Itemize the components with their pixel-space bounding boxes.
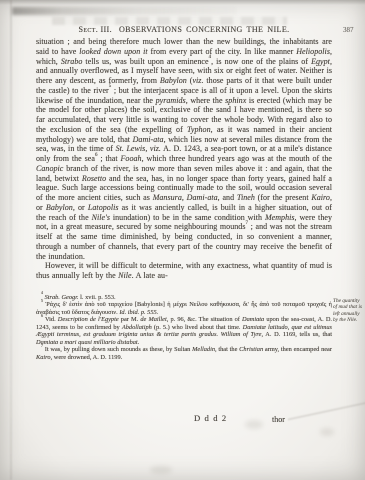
footnote-7: 7 It was, by pulling down such mounds as… (36, 346, 332, 361)
catchword: thor (272, 415, 285, 424)
body-paragraph-2: However, it will be difficult to determi… (36, 261, 332, 281)
paper-scratch (288, 398, 365, 424)
signature-mark: D d d 2 (194, 413, 227, 423)
page-number: 387 (343, 26, 354, 34)
running-header: Sect. III. OBSERVATIONS CONCERNING THE N… (36, 25, 332, 34)
paper-stain (245, 420, 263, 429)
footnotes-block: 4 Strab. Geogr. l. xvii. p. 553. 5 Ῥάχις… (36, 294, 332, 362)
paper-stain (320, 428, 334, 436)
body-paragraph-1: situation ; and being therefore much low… (36, 37, 332, 261)
footnote-6: 6 Vid. Description de l'Egypte par M. de… (36, 316, 332, 346)
paper-stain (150, 466, 172, 474)
footnote-5-greek: 5 Ῥάχις δ' ἐστὶν ἀπὸ τοῦ ταριχείου [Baby… (36, 301, 332, 316)
scanned-page: 387 Sect. III. OBSERVATIONS CONCERNING T… (0, 0, 365, 480)
text-block: Sect. III. OBSERVATIONS CONCERNING THE N… (36, 25, 332, 361)
show-through-ghost-text (52, 17, 287, 25)
section-label: Sect. III. (78, 25, 112, 34)
page-title: OBSERVATIONS CONCERNING THE NILE. (119, 25, 290, 34)
scan-edge-shadow (0, 0, 365, 5)
scan-smudge-top (12, 7, 237, 15)
margin-note: The quantity of mud that is left annuall… (333, 298, 363, 323)
page-fold-line (10, 0, 12, 480)
